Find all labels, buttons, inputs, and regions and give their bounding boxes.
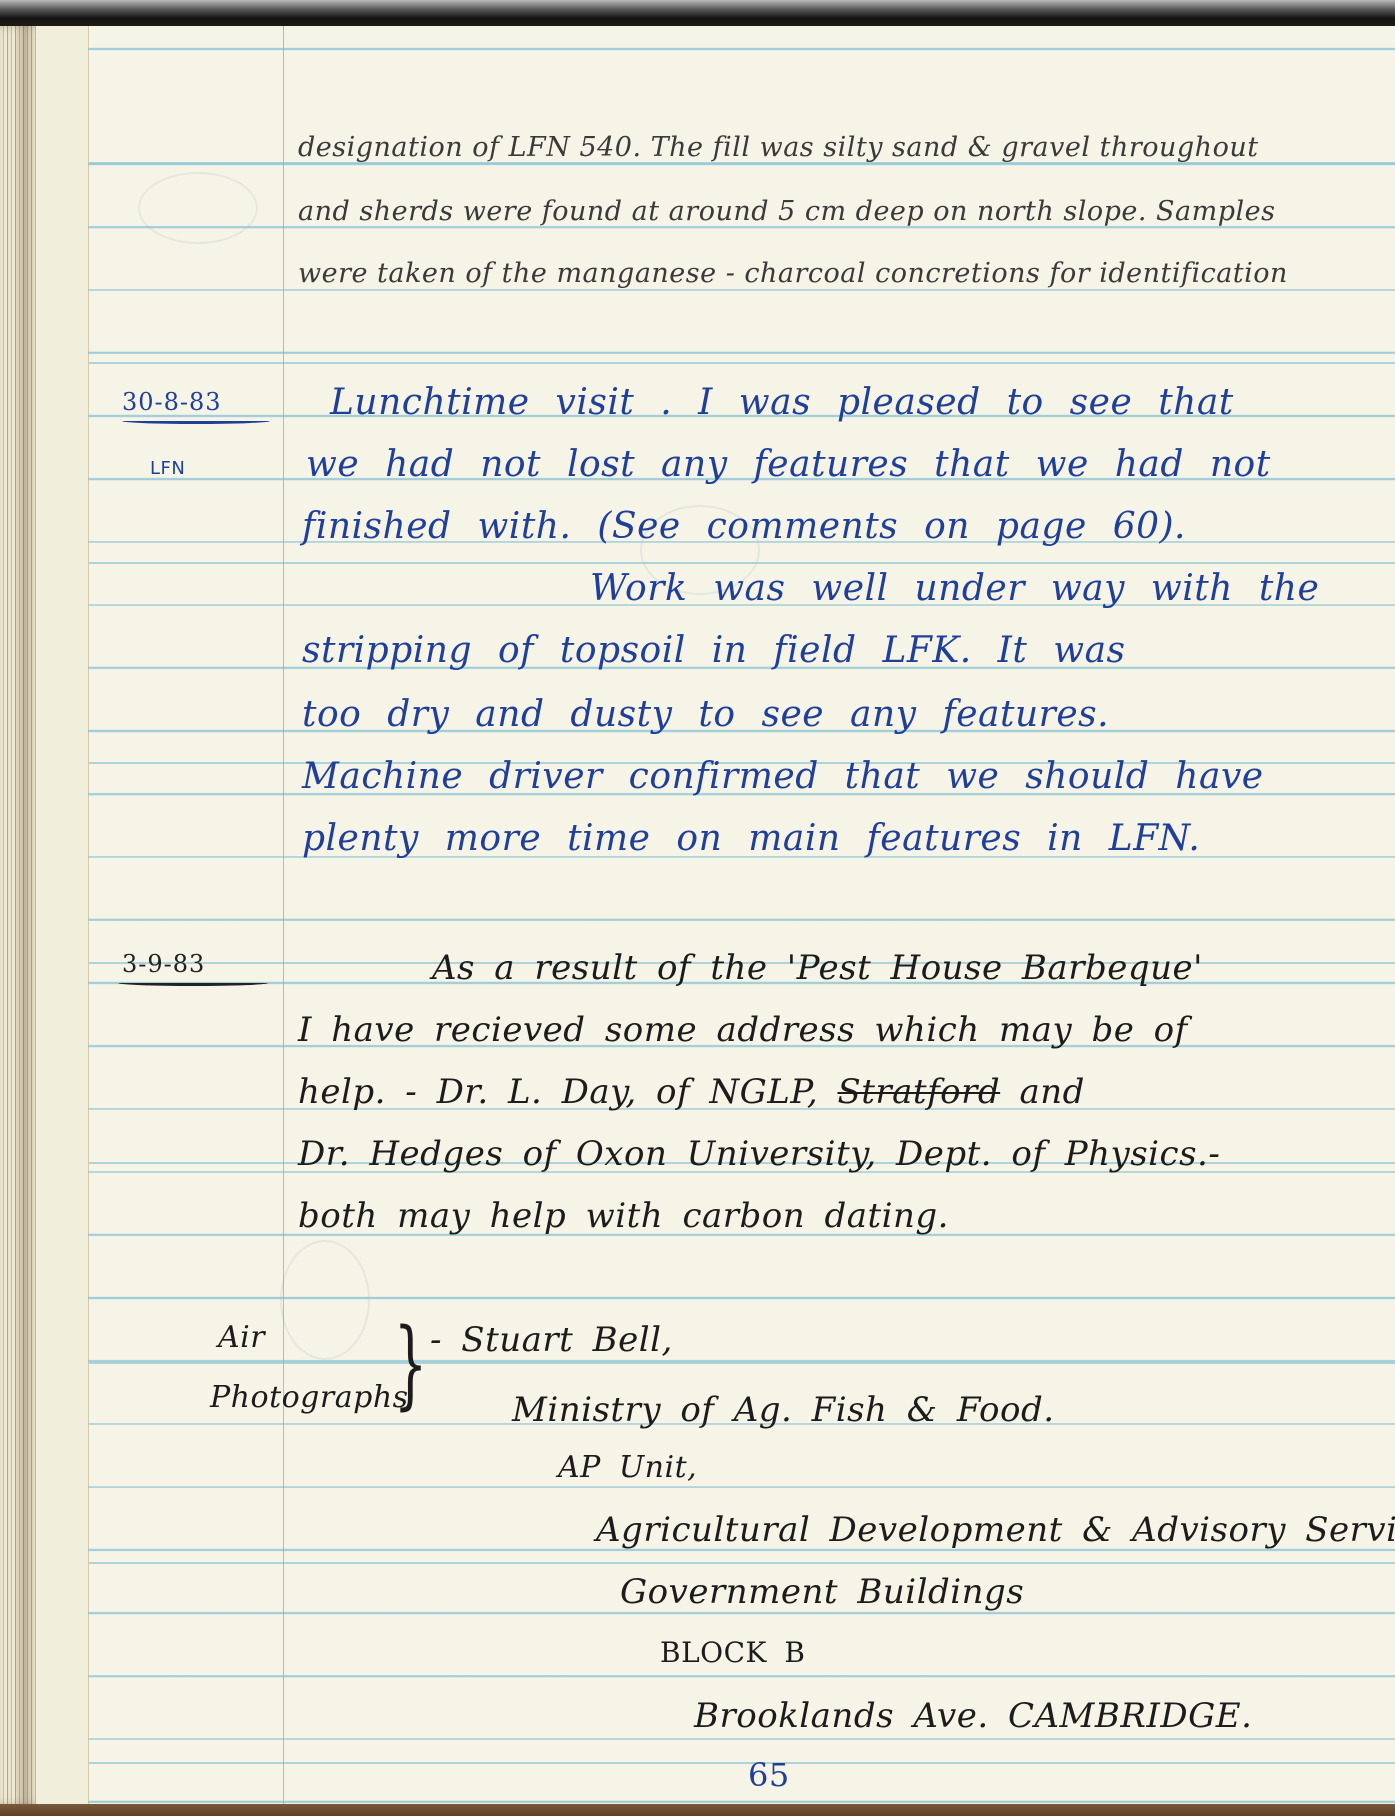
continuation-line: designation of LFN 540. The fill was sil… — [298, 132, 1259, 163]
contact-label: Air — [218, 1320, 265, 1355]
address-line: BLOCK B — [660, 1636, 805, 1669]
notebook-scan: designation of LFN 540. The fill was sil… — [0, 0, 1395, 1816]
entry-date: 3-9-83 — [122, 950, 205, 978]
entry-line: both may help with carbon dating. — [298, 1196, 949, 1236]
entry-line: we had not lost any features that we had… — [306, 444, 1271, 485]
address-line: Government Buildings — [620, 1572, 1024, 1612]
date-underline — [122, 418, 270, 424]
address-line: - Stuart Bell, — [430, 1320, 673, 1360]
entry-line: Lunchtime visit . I was pleased to see t… — [330, 382, 1234, 423]
address-line: AP Unit, — [558, 1450, 697, 1485]
show-through-circle — [280, 1240, 370, 1360]
entry-line: As a result of the 'Pest House Barbeque' — [432, 948, 1203, 988]
binding-edge-bottom — [0, 1804, 1395, 1816]
entry-site-label: LFN — [150, 458, 185, 479]
entry-line: help. - Dr. L. Day, of NGLP, Stratford a… — [298, 1072, 1085, 1112]
date-underline — [118, 980, 268, 986]
entry-line: finished with. (See comments on page 60)… — [302, 506, 1186, 547]
entry-line: stripping of topsoil in field LFK. It wa… — [302, 630, 1126, 671]
address-line: Brooklands Ave. CAMBRIDGE. — [694, 1696, 1252, 1736]
entry-line: plenty more time on main features in LFN… — [302, 818, 1200, 859]
entry-date: 30-8-83 — [122, 388, 222, 416]
gutter-shadow — [14, 26, 36, 1804]
entry-line: Work was well under way with the — [590, 568, 1319, 609]
entry-line: I have recieved some address which may b… — [298, 1010, 1188, 1050]
struck-word: Stratford — [837, 1072, 1000, 1112]
page-number: 65 — [748, 1756, 790, 1794]
entry-line-text: help. - Dr. L. Day, of NGLP, — [298, 1072, 837, 1112]
show-through-circle — [138, 172, 258, 244]
continuation-line: were taken of the manganese - charcoal c… — [298, 258, 1288, 289]
entry-line: Machine driver confirmed that we should … — [302, 756, 1264, 797]
brace-symbol: } — [394, 1316, 428, 1412]
underlying-page — [36, 26, 90, 1804]
binding-edge-top — [0, 0, 1395, 26]
contact-label: Photographs — [210, 1380, 409, 1415]
continuation-line: and sherds were found at around 5 cm dee… — [298, 196, 1276, 227]
entry-line: too dry and dusty to see any features. — [302, 694, 1109, 735]
margin-line — [283, 26, 284, 1804]
entry-line: Dr. Hedges of Oxon University, Dept. of … — [298, 1134, 1220, 1174]
address-line: Agricultural Development & Advisory Serv… — [596, 1510, 1395, 1550]
entry-line-text: and — [1000, 1072, 1085, 1112]
address-line: Ministry of Ag. Fish & Food. — [512, 1390, 1055, 1430]
